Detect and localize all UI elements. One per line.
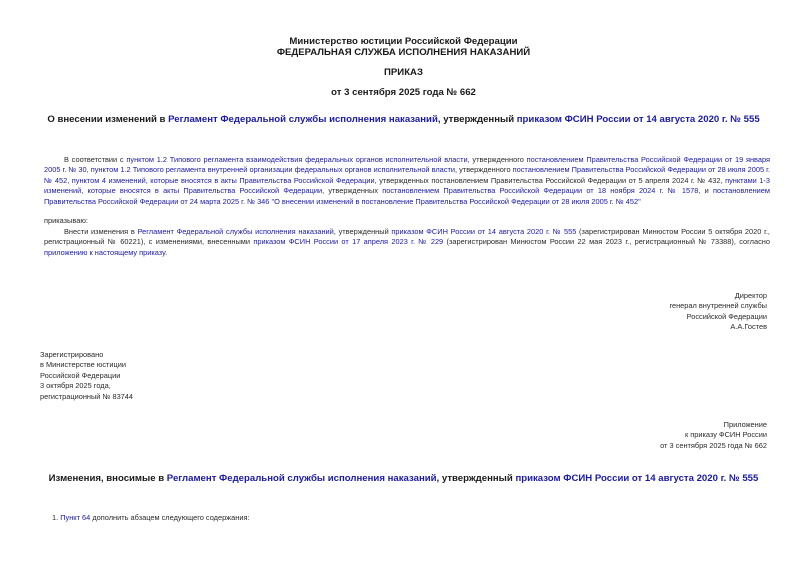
appendix-title-middle: , утвержденный [437,473,516,484]
appendix-block: Приложение к приказу ФСИН России от 3 се… [660,420,767,451]
title-prefix: О внесении изменений в [47,114,168,125]
list-item: 1. Пункт 64 дополнить абзацем следующего… [52,513,778,523]
signature-country: Российской Федерации [669,312,767,322]
order-link-order-229[interactable]: приказом ФСИН России от 17 апреля 2023 г… [253,237,443,246]
order-link-appendix[interactable]: приложению к настоящему приказу [44,248,165,257]
signature-rank: генерал внутренней службы [669,301,767,311]
signature-block: Директор генерал внутренней службы Росси… [669,291,767,333]
order-text: (зарегистрирован Минюстом России 22 мая … [443,237,770,246]
preamble-text: , утвержденного [468,155,527,164]
registration-number: регистрационный № 83744 [40,392,133,402]
appendix-title: Изменения, вносимые в Регламент Федераль… [0,473,807,484]
registration-line: в Министерстве юстиции [40,360,133,370]
preamble-text: В соответствии с [64,155,126,164]
signature-name: А.А.Гостев [669,322,767,332]
title-link-order-555[interactable]: приказом ФСИН России от 14 августа 2020 … [517,114,760,125]
preamble-link-point-4[interactable]: пунктом 4 изменений, которые вносятся в … [72,176,375,185]
order-link-order-555[interactable]: приказом ФСИН России от 14 августа 2020 … [391,227,576,236]
document-title: О внесении изменений в Регламент Федерал… [0,114,807,125]
preamble-link-decree-1578[interactable]: постановлением Правительства Российской … [382,186,698,195]
document-page: Министерство юстиции Российской Федераци… [0,0,807,571]
registration-line: Зарегистрировано [40,350,133,360]
registration-block: Зарегистрировано в Министерстве юстиции … [40,350,133,402]
registration-date: 3 октября 2025 года, [40,381,133,391]
order-word: приказываю: [44,216,770,226]
appendix-reference: к приказу ФСИН России [660,430,767,440]
service-name: ФЕДЕРАЛЬНАЯ СЛУЖБА ИСПОЛНЕНИЯ НАКАЗАНИЙ [0,47,807,58]
appendix-title-link-reglament[interactable]: Регламент Федеральной службы исполнения … [167,473,437,484]
appendix-label: Приложение [660,420,767,430]
title-middle: , утвержденный [438,114,517,125]
order-text: . [165,248,167,257]
preamble-text: , и [698,186,713,195]
order-paragraph: Внести изменения в Регламент Федеральной… [44,227,770,258]
appendix-title-prefix: Изменения, вносимые в [49,473,167,484]
preamble-link-typical-reglament[interactable]: пунктом 1.2 Типового регламента взаимоде… [126,155,467,164]
preamble-text: , утвержденного [455,165,513,174]
signature-title: Директор [669,291,767,301]
preamble-text: , утвержденных постановлением Правительс… [375,176,725,185]
appendix-date: от 3 сентября 2025 года № 662 [660,441,767,451]
order-text: Внести изменения в [64,227,138,236]
list-item-link-point-64[interactable]: Пункт 64 [60,513,90,522]
registration-line: Российской Федерации [40,371,133,381]
order-link-reglament[interactable]: Регламент Федеральной службы исполнения … [138,227,334,236]
order-text: , утвержденный [334,227,392,236]
list-item-text: дополнить абзацем следующего содержания: [90,513,249,522]
document-type: ПРИКАЗ [0,67,807,78]
ministry-name: Министерство юстиции Российской Федераци… [0,36,807,47]
title-link-reglament[interactable]: Регламент Федеральной службы исполнения … [168,114,438,125]
document-date: от 3 сентября 2025 года № 662 [0,87,807,98]
appendix-title-link-order-555[interactable]: приказом ФСИН России от 14 августа 2020 … [515,473,758,484]
preamble-text: , утвержденных [322,186,382,195]
preamble-link-internal-reglament[interactable]: пунктом 1.2 Типового регламента внутренн… [91,165,455,174]
preamble-paragraph: В соответствии с пунктом 1.2 Типового ре… [44,155,770,207]
list-item-number: 1. [52,513,60,522]
